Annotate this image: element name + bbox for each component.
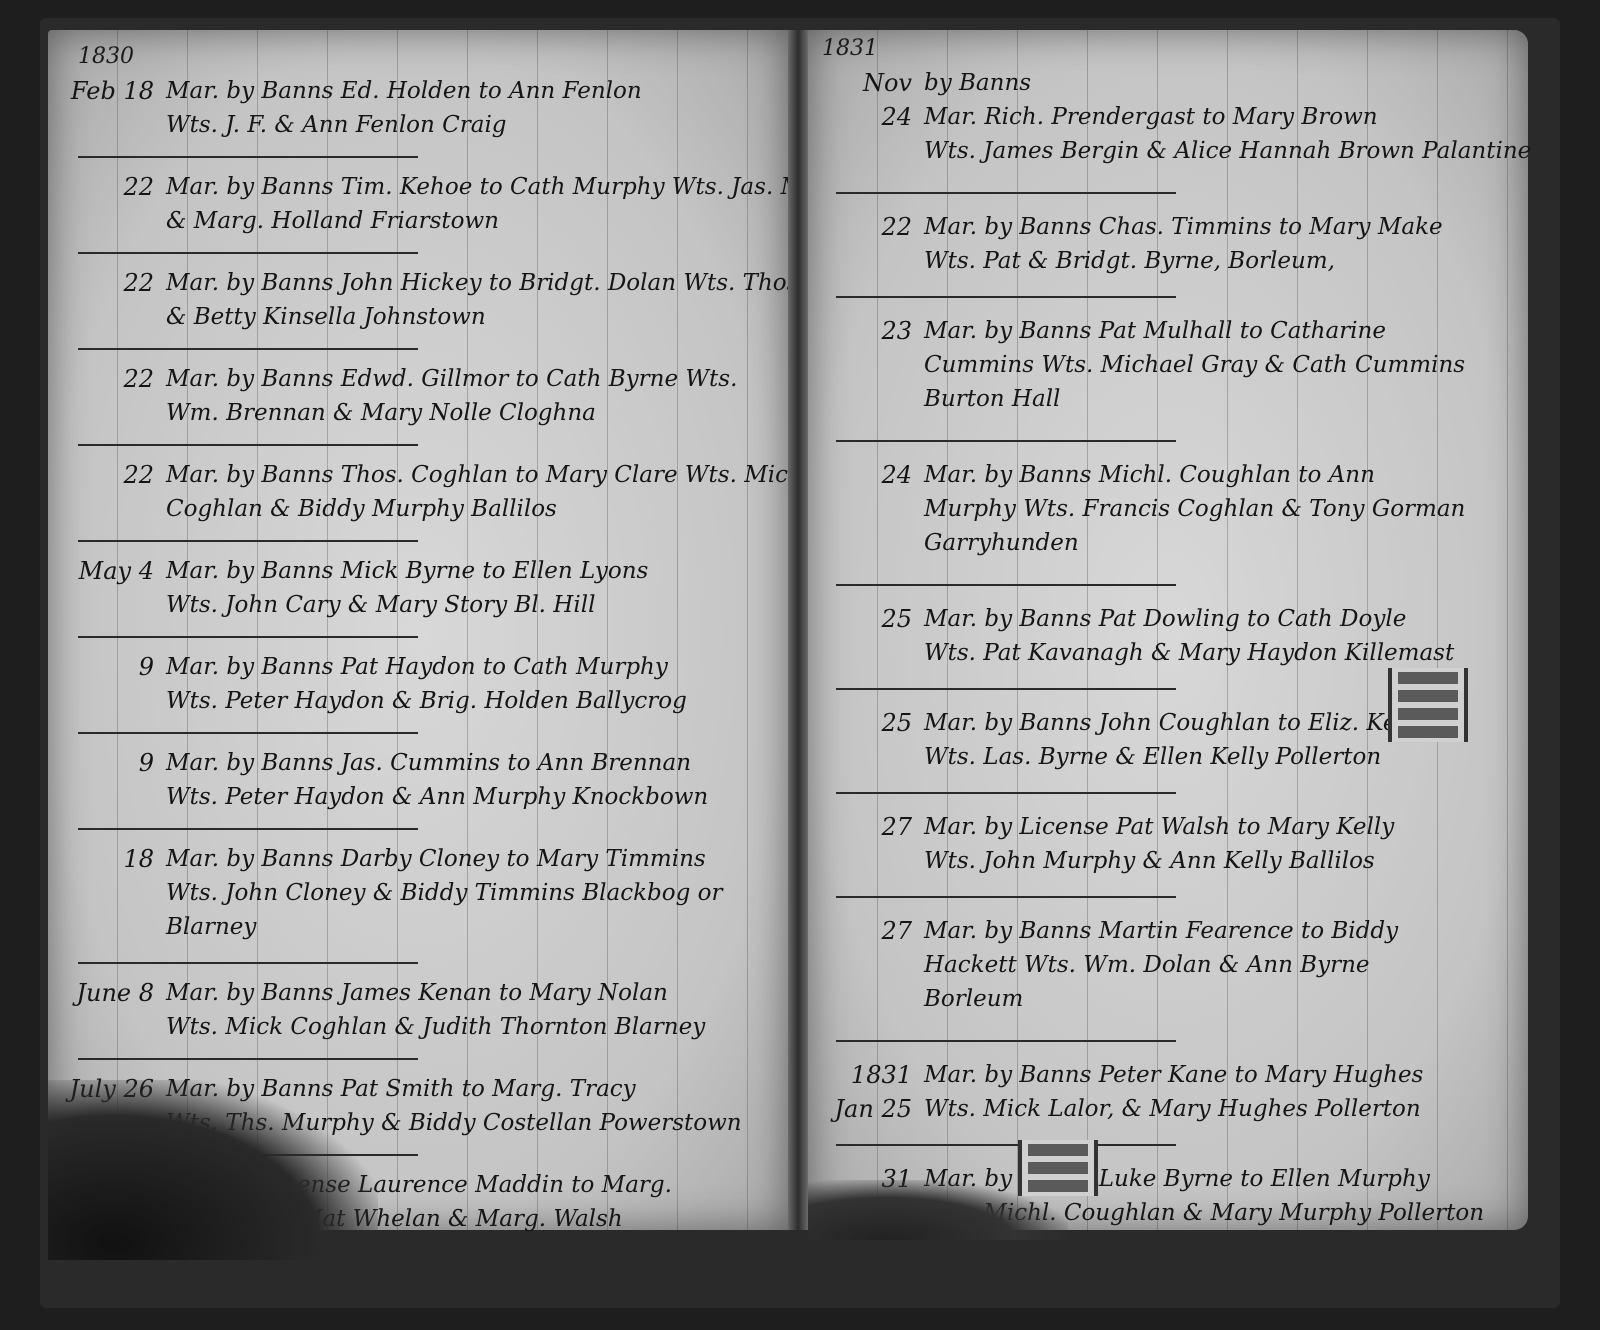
entry-line: Wts. James Bergin & Alice Hannah Brown P… bbox=[924, 134, 1531, 168]
entry-date: 25 bbox=[826, 602, 912, 636]
entry-line: Mar. by Banns Chas. Timmins to Mary Make bbox=[924, 210, 1443, 244]
entry-line: Wts. John Cary & Mary Story Bl. Hill bbox=[166, 588, 648, 622]
entry-divider bbox=[78, 1058, 418, 1060]
entry-divider bbox=[836, 584, 1176, 586]
entry-line: Mar. by Banns James Kenan to Mary Nolan bbox=[166, 976, 705, 1010]
entry-divider bbox=[78, 348, 418, 350]
entry-line: Mar. by Banns Tim. Kehoe to Cath Murphy … bbox=[166, 170, 872, 204]
entry-line: Wts. Mick Coghlan & Judith Thornton Blar… bbox=[166, 1010, 705, 1044]
entry-date: 18 bbox=[68, 842, 154, 876]
entry-line: Mar. by Banns Darby Cloney to Mary Timmi… bbox=[166, 842, 722, 876]
entry-date: 9 bbox=[68, 650, 154, 684]
right-page-year: 1831 bbox=[822, 36, 878, 61]
entry-line: Mar. Rich. Prendergast to Mary Brown bbox=[924, 100, 1531, 134]
entry-date: 22 bbox=[68, 362, 154, 396]
entry-line: Coghlan & Biddy Murphy Ballilos bbox=[166, 492, 817, 526]
entry-date: 27 bbox=[826, 914, 912, 948]
entry-line: Wts. Peter Haydon & Brig. Holden Ballycr… bbox=[166, 684, 687, 718]
entry-divider bbox=[78, 636, 418, 638]
entry-line: Wts. John Cloney & Biddy Timmins Blackbo… bbox=[166, 876, 722, 910]
book-gutter bbox=[788, 30, 808, 1230]
entry-divider bbox=[836, 896, 1176, 898]
entry-line: Murphy Wts. Francis Coghlan & Tony Gorma… bbox=[924, 492, 1465, 526]
entry-line: Wts. Peter Haydon & Ann Murphy Knockbown bbox=[166, 780, 708, 814]
entry-date: 22 bbox=[68, 170, 154, 204]
entry-line: Wts. J. F. & Ann Fenlon Craig bbox=[166, 108, 642, 142]
entry-divider bbox=[78, 540, 418, 542]
entry-line: Wts. Las. Byrne & Ellen Kelly Pollerton bbox=[924, 740, 1424, 774]
entry-divider bbox=[78, 252, 418, 254]
page-shadow bbox=[48, 1080, 378, 1260]
page-tear bbox=[808, 1180, 1068, 1240]
entry-date: 27 bbox=[826, 810, 912, 844]
entry-line: Borleum bbox=[924, 982, 1398, 1016]
entry-line: Hackett Wts. Wm. Dolan & Ann Byrne bbox=[924, 948, 1398, 982]
entry-line: Mar. by Banns Pat Mulhall to Catharine bbox=[924, 314, 1465, 348]
entry-date: May 4 bbox=[68, 554, 154, 588]
entry-line: Burton Hall bbox=[924, 382, 1465, 416]
entry-divider bbox=[78, 1288, 418, 1290]
left-page-year: 1830 bbox=[78, 44, 134, 69]
entry-line: Wts. John Murphy & Ann Kelly Ballilos bbox=[924, 844, 1394, 878]
entry-date: 22 bbox=[68, 266, 154, 300]
entry-line: Cummins Wts. Michael Gray & Cath Cummins bbox=[924, 348, 1465, 382]
entry-line: & Marg. Holland Friarstown bbox=[166, 204, 872, 238]
entry-date: Nov 24 bbox=[826, 66, 912, 134]
entry-line: Mar. by Banns Edwd. Gillmor to Cath Byrn… bbox=[166, 362, 737, 396]
left-page: 1830 Feb 18Mar. by Banns Ed. Holden to A… bbox=[48, 30, 788, 1230]
archive-scan-target bbox=[1388, 668, 1468, 742]
entry-date: June 8 bbox=[68, 976, 154, 1010]
entry-line: Mar. by Banns Thos. Coghlan to Mary Clar… bbox=[166, 458, 817, 492]
entry-line: Mar. by Banns Ed. Holden to Ann Fenlon bbox=[166, 74, 642, 108]
entry-line: Mar. by Banns Jas. Cummins to Ann Brenna… bbox=[166, 746, 708, 780]
entry-line: Blarney bbox=[166, 910, 722, 944]
entry-divider bbox=[78, 828, 418, 830]
entry-date: 24 bbox=[826, 458, 912, 492]
entry-line: Mar. by Banns Mick Byrne to Ellen Lyons bbox=[166, 554, 648, 588]
entry-divider bbox=[78, 156, 418, 158]
entry-line: Mar. by Banns Pat Haydon to Cath Murphy bbox=[166, 650, 687, 684]
entry-divider bbox=[78, 444, 418, 446]
entry-date: Feb 18 bbox=[68, 74, 154, 108]
entry-line: Wm. Brennan & Mary Nolle Cloghna bbox=[166, 396, 737, 430]
entry-divider bbox=[836, 792, 1176, 794]
entry-divider bbox=[78, 962, 418, 964]
right-page: 1831 Nov 24by BannsMar. Rich. Prendergas… bbox=[808, 30, 1528, 1230]
entry-line: by Banns bbox=[924, 66, 1531, 100]
entry-date: 1831 Jan 25 bbox=[826, 1058, 912, 1126]
entry-date: 22 bbox=[826, 210, 912, 244]
entry-line: Wts. Mick Lalor, & Mary Hughes Pollerton bbox=[924, 1092, 1423, 1126]
entry-divider bbox=[836, 296, 1176, 298]
entry-divider bbox=[836, 1248, 1176, 1250]
entry-line: Mar. by Banns Martin Fearence to Biddy bbox=[924, 914, 1398, 948]
entry-divider bbox=[836, 1040, 1176, 1042]
entry-divider bbox=[836, 192, 1176, 194]
entry-line: Mar. by License Pat Walsh to Mary Kelly bbox=[924, 810, 1394, 844]
entry-line: Mar. by Banns Michl. Coughlan to Ann bbox=[924, 458, 1465, 492]
entry-line: Wts. Pat Kavanagh & Mary Haydon Killemas… bbox=[924, 636, 1454, 670]
entry-divider bbox=[836, 688, 1176, 690]
entry-line: Wts. Pat & Bridgt. Byrne, Borleum, bbox=[924, 244, 1443, 278]
entry-line: Garryhunden bbox=[924, 526, 1465, 560]
entry-date: 9 bbox=[68, 746, 154, 780]
entry-line: Mar. by Banns Peter Kane to Mary Hughes bbox=[924, 1058, 1423, 1092]
entry-line: Mar. by Banns Pat Dowling to Cath Doyle bbox=[924, 602, 1454, 636]
entry-date: 22 bbox=[68, 458, 154, 492]
entry-divider bbox=[836, 440, 1176, 442]
entry-line: Mar. by Banns John Coughlan to Eliz. Kel… bbox=[924, 706, 1424, 740]
entry-date: 23 bbox=[826, 314, 912, 348]
entry-divider bbox=[836, 1144, 1176, 1146]
entry-date: 25 bbox=[826, 706, 912, 740]
entry-divider bbox=[78, 732, 418, 734]
